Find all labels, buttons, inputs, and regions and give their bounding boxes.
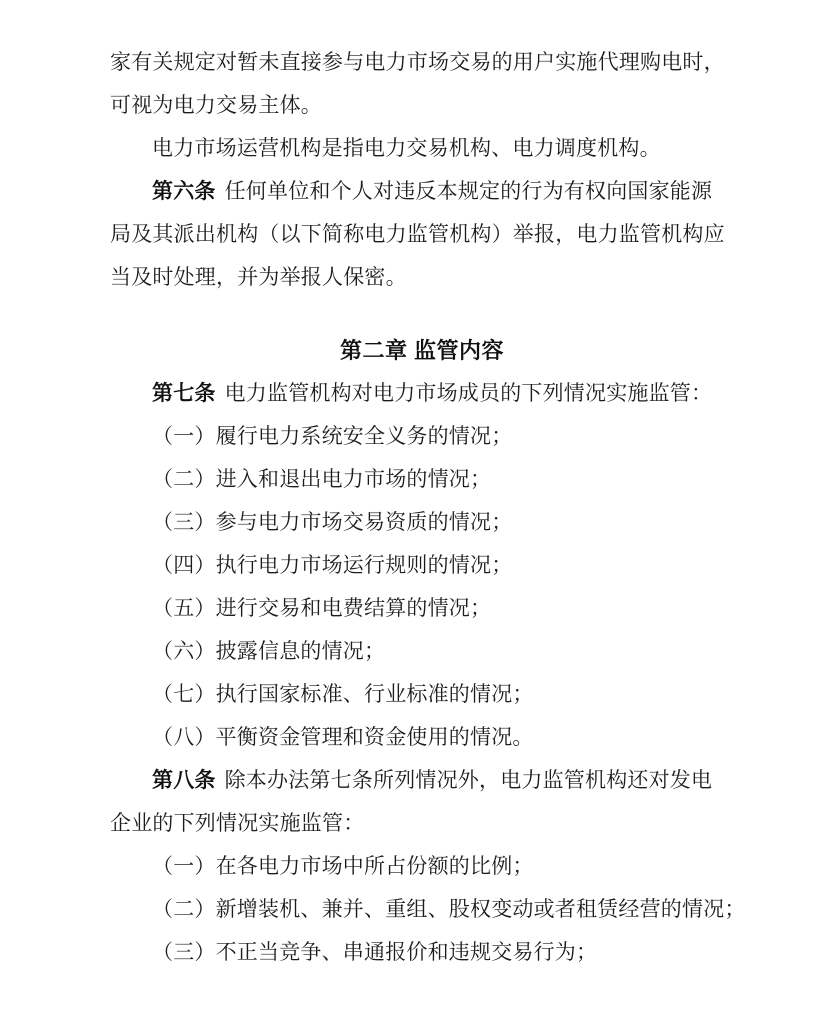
text-line: 局及其派出机构（以下简称电力监管机构）举报，电力监管机构应 [110, 213, 734, 256]
text-line: 电力市场运营机构是指电力交易机构、电力调度机构。 [110, 127, 734, 170]
article-text: 电力监管机构对电力市场成员的下列情况实施监管： [225, 381, 713, 405]
list-item: （七）执行国家标准、行业标准的情况； [110, 673, 734, 716]
list-item: （五）进行交易和电费结算的情况； [110, 587, 734, 630]
list-item: （二）新增装机、兼并、重组、股权变动或者租赁经营的情况； [110, 888, 734, 931]
list-item: （六）披露信息的情况； [110, 630, 734, 673]
list-item: （二）进入和退出电力市场的情况； [110, 458, 734, 501]
document-page: 家有关规定对暂未直接参与电力市场交易的用户实施代理购电时， 可视为电力交易主体。… [0, 0, 840, 1034]
list-item: （一）在各电力市场中所占份额的比例； [110, 845, 734, 888]
article-text: 任何单位和个人对违反本规定的行为有权向国家能源 [225, 179, 713, 203]
article-number: 第六条 [152, 180, 216, 203]
article-number: 第七条 [152, 382, 216, 405]
list-item: （三）参与电力市场交易资质的情况； [110, 501, 734, 544]
document-body: 家有关规定对暂未直接参与电力市场交易的用户实施代理购电时， 可视为电力交易主体。… [110, 41, 734, 974]
article-text: 除本办法第七条所列情况外，电力监管机构还对发电 [225, 768, 713, 792]
list-item: （四）执行电力市场运行规则的情况； [110, 544, 734, 587]
text-line-article-7: 第七条电力监管机构对电力市场成员的下列情况实施监管： [110, 372, 734, 415]
chapter-heading: 第二章 监管内容 [110, 329, 734, 372]
text-line: 家有关规定对暂未直接参与电力市场交易的用户实施代理购电时， [110, 41, 734, 84]
list-item: （三）不正当竞争、串通报价和违规交易行为； [110, 931, 734, 974]
article-number: 第八条 [152, 769, 216, 792]
list-item: （一）履行电力系统安全义务的情况； [110, 415, 734, 458]
text-line: 可视为电力交易主体。 [110, 84, 734, 127]
text-line-article-8: 第八条除本办法第七条所列情况外，电力监管机构还对发电 [110, 759, 734, 802]
text-line: 企业的下列情况实施监管： [110, 802, 734, 845]
text-line-article-6: 第六条任何单位和个人对违反本规定的行为有权向国家能源 [110, 170, 734, 213]
list-item: （八）平衡资金管理和资金使用的情况。 [110, 716, 734, 759]
text-line: 当及时处理，并为举报人保密。 [110, 256, 734, 299]
